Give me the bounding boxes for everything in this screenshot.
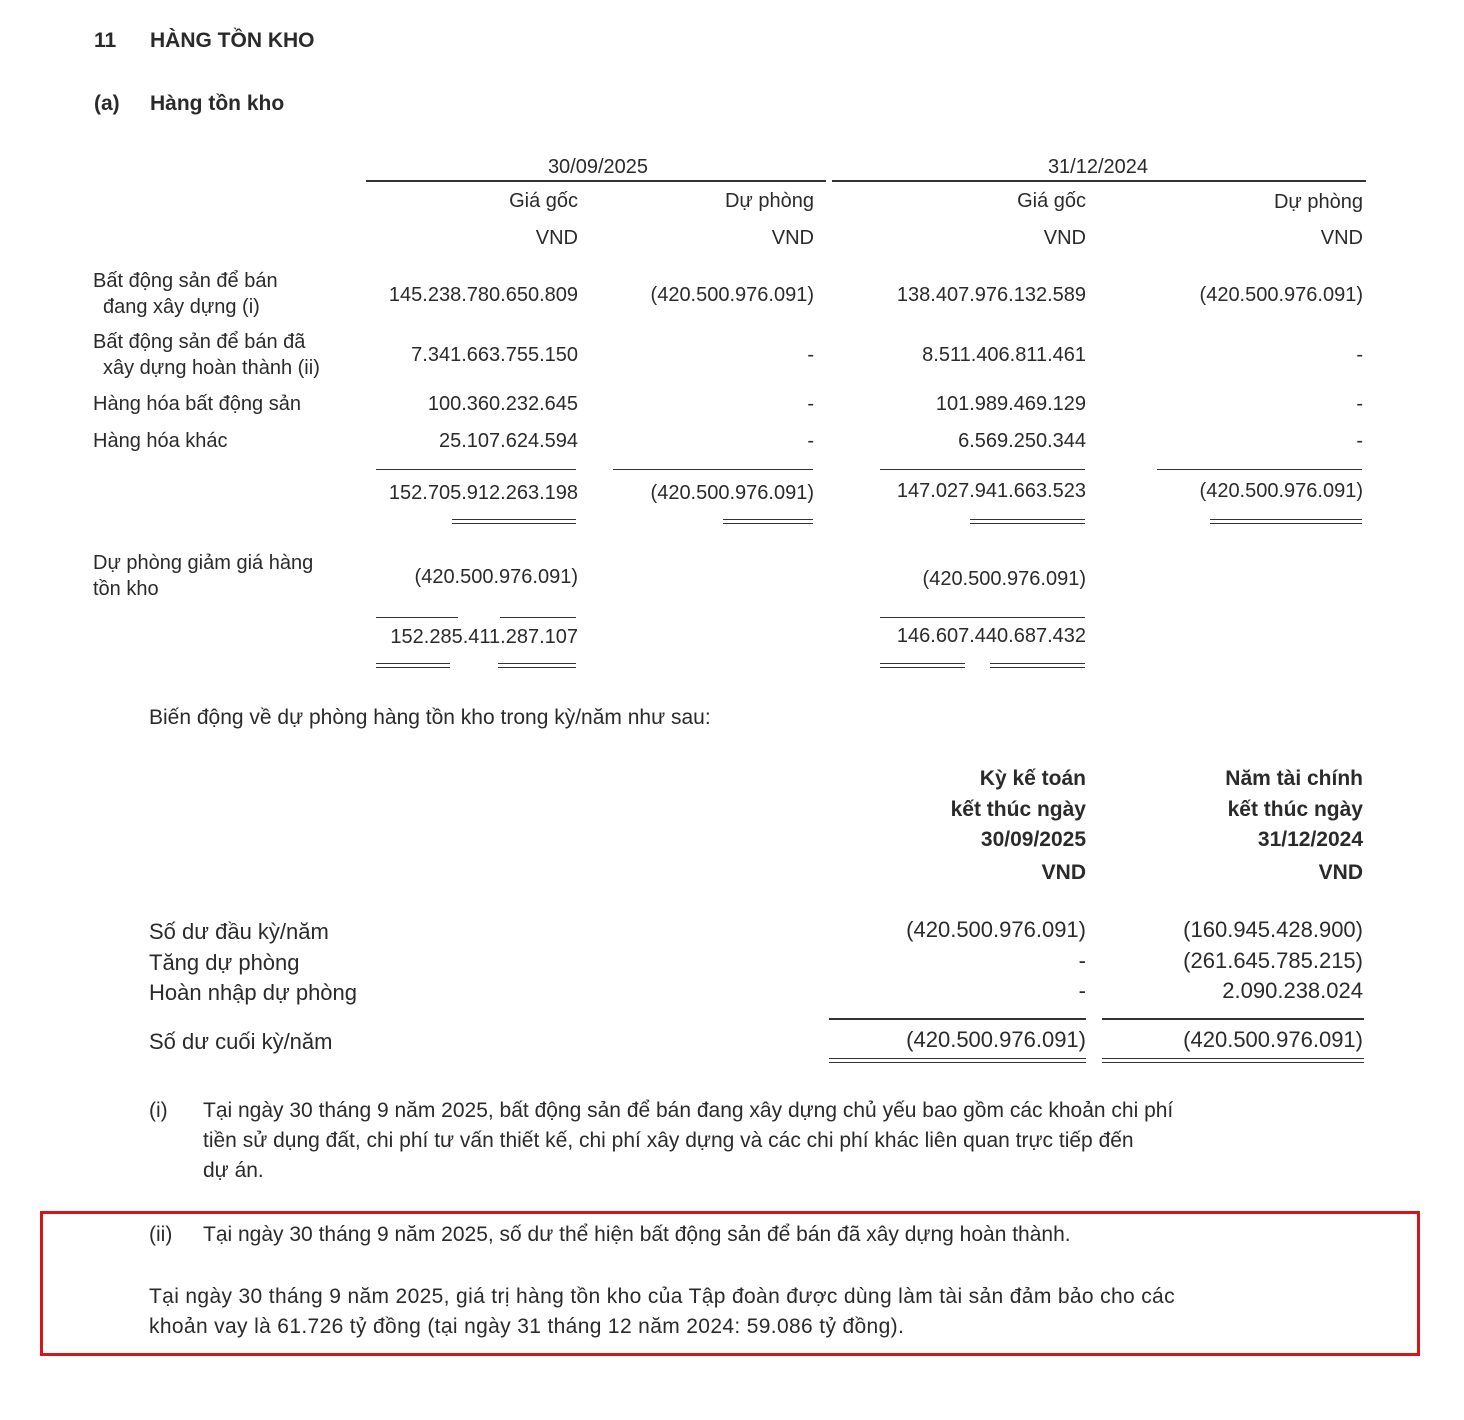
movement-row-labels: Số dư đầu kỳ/năm Tăng dự phòng Hoàn nhập… — [149, 917, 357, 1009]
subtotal-double-rule — [723, 519, 813, 524]
period-rule-2024 — [832, 180, 1366, 182]
subtotal-double-rule — [452, 519, 576, 524]
section-number: 11 — [94, 28, 116, 54]
section-title: HÀNG TỒN KHO — [150, 28, 315, 54]
movement-col-header-2024: Năm tài chính kết thúc ngày 31/12/2024 V… — [1225, 764, 1363, 888]
movement-col-values-2025: (420.500.976.091) - - — [906, 915, 1086, 1007]
row-label: Bất động sản để bán đã xây dựng hoàn thà… — [93, 329, 320, 381]
movement-intro: Biến động về dự phòng hàng tồn kho trong… — [149, 705, 711, 731]
table-cell: - — [807, 342, 814, 368]
table-cell: 6.569.250.344 — [958, 428, 1086, 454]
net-double-rule — [990, 663, 1085, 668]
pledge-text: Tại ngày 30 tháng 9 năm 2025, giá trị hà… — [149, 1282, 1175, 1342]
allowance-cell: (420.500.976.091) — [923, 566, 1086, 592]
note-ii-marker: (ii) — [149, 1220, 172, 1250]
subtotal-double-rule — [1210, 519, 1362, 524]
subtotal-rule — [376, 469, 576, 470]
closing-rule — [1102, 1018, 1364, 1020]
note-i-marker: (i) — [149, 1096, 168, 1126]
closing-cell: (420.500.976.091) — [1183, 1025, 1363, 1055]
period-header-2025: 30/09/2025 — [366, 154, 830, 180]
net-rule — [376, 617, 458, 618]
table-cell: 138.407.976.132.589 — [897, 282, 1086, 308]
table-cell: - — [1356, 342, 1363, 368]
col-header-provision-2025: Dự phòng — [725, 188, 814, 214]
table-cell: (261.645.785.215) — [1183, 946, 1363, 977]
row-label: Số dư đầu kỳ/năm — [149, 917, 357, 948]
row-label: Hoàn nhập dự phòng — [149, 978, 357, 1009]
subtotal-rule — [613, 469, 813, 470]
table-cell: 145.238.780.650.809 — [389, 282, 578, 308]
table-cell: (420.500.976.091) — [1200, 282, 1363, 308]
table-cell: - — [1356, 428, 1363, 454]
col-header-cost-2024: Giá gốc — [1017, 188, 1086, 214]
table-cell: (160.945.428.900) — [1183, 915, 1363, 946]
net-double-rule — [498, 663, 576, 668]
row-label: Hàng hóa khác — [93, 428, 228, 454]
row-label: Hàng hóa bất động sản — [93, 391, 301, 417]
subtotal-rule — [1157, 469, 1362, 470]
table-cell: 2.090.238.024 — [1183, 976, 1363, 1007]
table-cell: 8.511.406.811.461 — [922, 342, 1086, 368]
net-rule — [880, 617, 1085, 618]
net-double-rule — [376, 663, 450, 668]
col-unit: VND — [1044, 225, 1086, 251]
table-cell: 25.107.624.594 — [439, 428, 578, 454]
net-double-rule — [880, 663, 965, 668]
allowance-label: Dự phòng giảm giá hàng tồn kho — [93, 550, 313, 602]
row-label: Tăng dự phòng — [149, 948, 357, 979]
table-cell: (420.500.976.091) — [651, 282, 814, 308]
table-cell: 7.341.663.755.150 — [411, 342, 578, 368]
closing-double-rule — [829, 1058, 1086, 1063]
table-cell: - — [1356, 391, 1363, 417]
period-header-2024: 31/12/2024 — [832, 154, 1364, 180]
table-cell: - — [807, 391, 814, 417]
subtotal-cell: 152.705.912.263.198 — [389, 480, 578, 506]
table-cell: (420.500.976.091) — [906, 915, 1086, 946]
table-cell: 100.360.232.645 — [428, 391, 578, 417]
net-total-cell: 152.285.411.287.107 — [390, 624, 578, 650]
period-rule-2025 — [366, 180, 826, 182]
table-cell: 101.989.469.129 — [936, 391, 1086, 417]
subtotal-rule — [880, 469, 1085, 470]
movement-col-header-2025: Kỳ kế toán kết thúc ngày 30/09/2025 VND — [951, 764, 1086, 888]
subtotal-cell: (420.500.976.091) — [1200, 478, 1363, 504]
net-rule — [500, 617, 576, 618]
table-cell: - — [807, 428, 814, 454]
closing-double-rule — [1102, 1058, 1364, 1063]
allowance-cell: (420.500.976.091) — [415, 564, 578, 590]
subtotal-cell: (420.500.976.091) — [651, 480, 814, 506]
subsection-title: Hàng tồn kho — [150, 91, 284, 117]
closing-rule — [829, 1018, 1086, 1020]
subtotal-cell: 147.027.941.663.523 — [897, 478, 1086, 504]
row-label: Bất động sản để bán đang xây dựng (i) — [93, 268, 278, 320]
col-header-provision-2024: Dự phòng — [1274, 189, 1363, 215]
note-ii-text: Tại ngày 30 tháng 9 năm 2025, số dư thể … — [203, 1220, 1071, 1250]
movement-col-values-2024: (160.945.428.900) (261.645.785.215) 2.09… — [1183, 915, 1363, 1007]
note-i-text: Tại ngày 30 tháng 9 năm 2025, bất động s… — [203, 1096, 1173, 1186]
col-unit: VND — [772, 225, 814, 251]
subtotal-double-rule — [970, 519, 1085, 524]
table-cell: - — [906, 946, 1086, 977]
subsection-label: (a) — [94, 91, 120, 117]
closing-cell: (420.500.976.091) — [906, 1025, 1086, 1055]
net-total-cell: 146.607.440.687.432 — [897, 623, 1086, 649]
col-header-cost-2025: Giá gốc — [509, 188, 578, 214]
closing-label: Số dư cuối kỳ/năm — [149, 1027, 332, 1057]
col-unit: VND — [1321, 225, 1363, 251]
table-cell: - — [906, 976, 1086, 1007]
col-unit: VND — [536, 225, 578, 251]
